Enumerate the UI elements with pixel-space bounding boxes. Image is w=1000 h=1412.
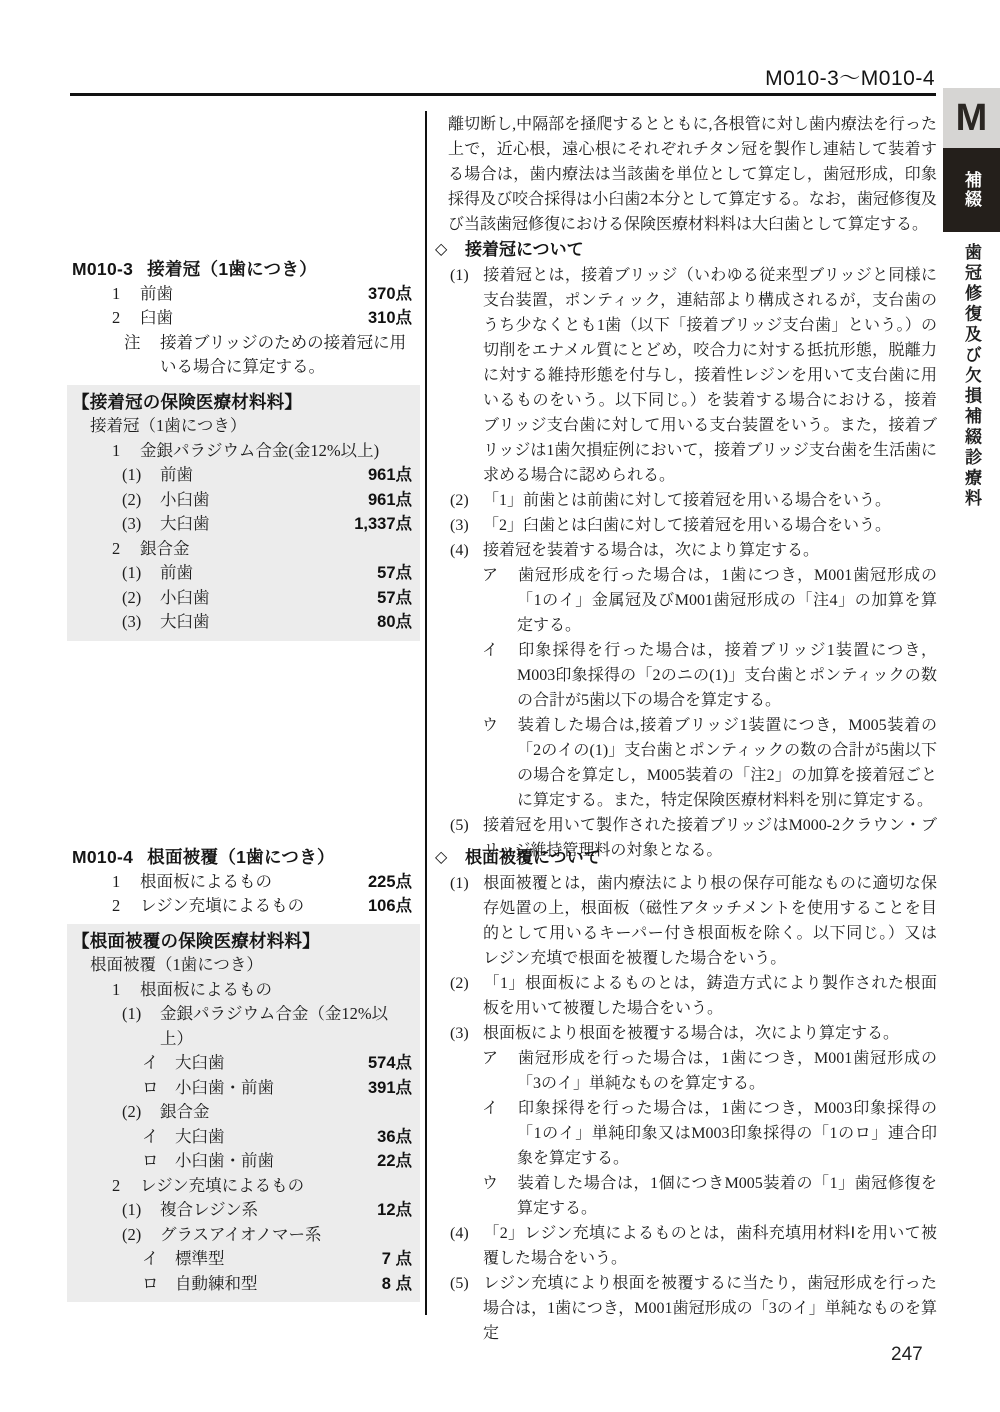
material-subgroup-row: (2) グラスアイオノマー系 — [72, 1223, 412, 1248]
column-divider — [425, 111, 427, 1315]
material-fee-row: ロ 小臼歯・前歯 22点 — [72, 1149, 412, 1174]
numbered-clause: (3)「2」臼歯とは臼歯に対して接着冠を用いる場合をいう。 — [435, 513, 937, 538]
numbered-clause: (4)接着冠を装着する場合は，次により算定する。 — [435, 538, 937, 563]
fee-points: 106点 — [362, 894, 412, 919]
right-column-lower: ◇根面被覆について (1)根面被覆とは，歯内療法により根の保存可能なものに適切な… — [435, 845, 937, 1346]
chapter-side-label: 歯冠修復及び欠損補綴診療料 — [943, 243, 1000, 513]
right-column-upper: 離切断し,中隔部を掻爬するとともに,各根管に対し歯内療法を行った上で，近心根，遠… — [435, 112, 937, 863]
fee-points: 36点 — [371, 1125, 412, 1150]
chapter-tab-hotetsu: 補綴 — [943, 148, 1000, 232]
numbered-clause: (3)根面板により根面を被覆する場合は，次により算定する。 — [435, 1021, 937, 1046]
material-fee-box-secchakukan: 【接着冠の保険医療材料料】 接着冠（1歯につき） 1 金銀パラジウム合金(金12… — [67, 385, 420, 641]
material-box-title: 【接着冠の保険医療材料料】 — [72, 390, 412, 415]
fee-points: 57点 — [371, 561, 412, 586]
fee-points: 57点 — [371, 586, 412, 611]
document-page: M010-3〜M010-4 M 補綴 歯冠修復及び欠損補綴診療料 247 M01… — [0, 0, 1000, 1412]
material-box-subtitle: 根面被覆（1歯につき） — [72, 953, 412, 978]
fee-points: 574点 — [362, 1051, 412, 1076]
fee-item-row: 1 前歯 370点 — [72, 282, 412, 307]
section-title: 接着冠（1歯につき） — [147, 259, 317, 279]
material-fee-row: (2) 小臼歯 961点 — [72, 488, 412, 513]
sub-clause: イ印象採得を行った場合は，接着ブリッジ1装置につき，M003印象採得の「2のニの… — [435, 638, 937, 713]
header-rule — [70, 93, 936, 96]
section-heading-m010-3: M010-3接着冠（1歯につき） — [72, 257, 412, 282]
material-group-row: 1 金銀パラジウム合金(金12%以上) — [72, 439, 412, 464]
numbered-clause: (4)「2」レジン充填によるものとは，歯科充填用材料Ⅰを用いて被覆した場合をいう… — [435, 1221, 937, 1271]
material-fee-row: イ 大臼歯 574点 — [72, 1051, 412, 1076]
sub-clause: ア歯冠形成を行った場合は，1歯につき，M001歯冠形成の「3のイ」単純なものを算… — [435, 1046, 937, 1096]
fee-points: 22点 — [371, 1149, 412, 1174]
fee-item-row: 2 レジン充塡によるもの 106点 — [72, 894, 412, 919]
material-fee-row: (2) 小臼歯 57点 — [72, 586, 412, 611]
material-fee-row: (1) 前歯 57点 — [72, 561, 412, 586]
section-note: 注 接着ブリッジのための接着冠に用いる場合に算定する。 — [72, 331, 412, 380]
section-title: 根面被覆（1歯につき） — [147, 847, 335, 867]
numbered-clause: (2)「1」前歯とは前歯に対して接着冠を用いる場合をいう。 — [435, 488, 937, 513]
material-group-row: 2 銀合金 — [72, 537, 412, 562]
chapter-tab-label: 補綴 — [959, 171, 984, 209]
chapter-tab-m: M — [943, 88, 1000, 148]
fee-points: 370点 — [362, 282, 412, 307]
chapter-letter: M — [956, 97, 988, 140]
fee-points: 391点 — [362, 1076, 412, 1101]
section-heading-m010-4: M010-4根面被覆（1歯につき） — [72, 845, 412, 870]
sub-clause: ウ装着した場合は,接着ブリッジ1装置につき，M005装着の「2のイの(1)」支台… — [435, 713, 937, 813]
material-fee-row: ロ 小臼歯・前歯 391点 — [72, 1076, 412, 1101]
section-code: M010-4 — [72, 847, 133, 867]
material-subgroup-row: (1) 金銀パラジウム合金（金12%以上） — [72, 1002, 412, 1051]
material-fee-row: イ 標準型 7 点 — [72, 1247, 412, 1272]
section-code: M010-3 — [72, 259, 133, 279]
continuation-paragraph: 離切断し,中隔部を掻爬するとともに,各根管に対し歯内療法を行った上で，近心根，遠… — [435, 112, 937, 237]
numbered-clause: (2)「1」根面板によるものとは，鋳造方式により製作された根面板を用いて被覆した… — [435, 971, 937, 1021]
material-fee-box-konmenhifuku: 【根面被覆の保険医療材料料】 根面被覆（1歯につき） 1 根面板によるもの (1… — [67, 924, 420, 1303]
fee-item-row: 2 臼歯 310点 — [72, 306, 412, 331]
fee-item-row: 1 根面板によるもの 225点 — [72, 870, 412, 895]
guide-heading-konmenhifuku: ◇根面被覆について — [435, 845, 937, 871]
material-fee-row: (1) 複合レジン系 12点 — [72, 1198, 412, 1223]
material-fee-row: (3) 大臼歯 80点 — [72, 610, 412, 635]
page-number: 247 — [891, 1344, 923, 1366]
material-fee-row: ロ 自動練和型 8 点 — [72, 1272, 412, 1297]
sub-clause: イ印象採得を行った場合は，1歯につき，M003印象採得の「1のイ」単純印象又はM… — [435, 1096, 937, 1171]
fee-points: 7 点 — [376, 1247, 412, 1272]
guide-heading-secchakukan: ◇接着冠について — [435, 237, 937, 263]
material-group-row: 1 根面板によるもの — [72, 978, 412, 1003]
numbered-clause: (5)レジン充填により根面を被覆するに当たり，歯冠形成を行った場合は，1歯につき… — [435, 1271, 937, 1346]
fee-points: 225点 — [362, 870, 412, 895]
fee-points: 12点 — [371, 1198, 412, 1223]
fee-points: 310点 — [362, 306, 412, 331]
material-group-row: 2 レジン充填によるもの — [72, 1174, 412, 1199]
header-section-range: M010-3〜M010-4 — [765, 62, 935, 92]
diamond-icon: ◇ — [435, 237, 465, 262]
material-subgroup-row: (2) 銀合金 — [72, 1100, 412, 1125]
left-column-lower: M010-4根面被覆（1歯につき） 1 根面板によるもの 225点 2 レジン充… — [72, 845, 412, 1302]
material-box-title: 【根面被覆の保険医療材料料】 — [72, 929, 412, 954]
fee-points: 961点 — [362, 463, 412, 488]
numbered-clause: (1)接着冠とは，接着ブリッジ（いわゆる従来型ブリッジと同様に支台装置，ポンティ… — [435, 263, 937, 488]
left-column-upper: M010-3接着冠（1歯につき） 1 前歯 370点 2 臼歯 310点 注 接… — [72, 257, 412, 641]
material-fee-row: (1) 前歯 961点 — [72, 463, 412, 488]
diamond-icon: ◇ — [435, 845, 465, 870]
sub-clause: ア歯冠形成を行った場合は，1歯につき，M001歯冠形成の「1のイ」金属冠及びM0… — [435, 563, 937, 638]
fee-points: 80点 — [371, 610, 412, 635]
numbered-clause: (1)根面被覆とは，歯内療法により根の保存可能なものに適切な保存処置の上，根面板… — [435, 871, 937, 971]
sub-clause: ウ装着した場合は，1個につきM005装着の「1」歯冠修復を算定する。 — [435, 1171, 937, 1221]
material-fee-row: (3) 大臼歯 1,337点 — [72, 512, 412, 537]
fee-points: 1,337点 — [348, 512, 412, 537]
material-box-subtitle: 接着冠（1歯につき） — [72, 414, 412, 439]
material-fee-row: イ 大臼歯 36点 — [72, 1125, 412, 1150]
fee-points: 961点 — [362, 488, 412, 513]
fee-points: 8 点 — [376, 1272, 412, 1297]
